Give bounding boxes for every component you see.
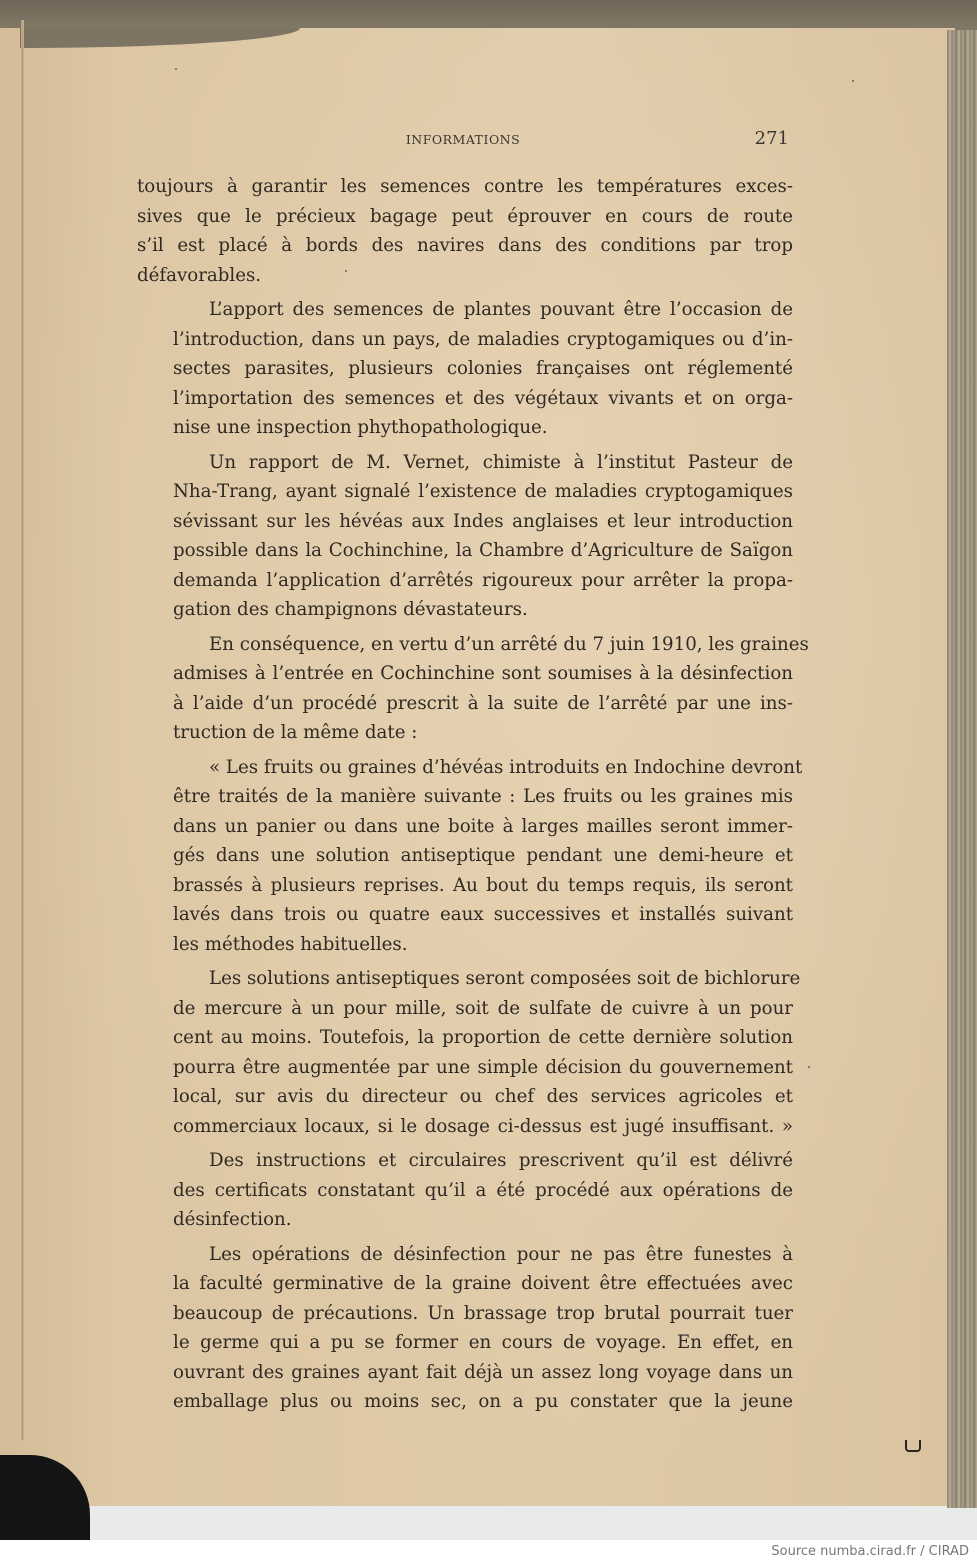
text-line: emballage plus ou moins sec, on a pu con… — [137, 1387, 793, 1417]
paragraph-4: En conséquence, en vertu d’un arrêté du … — [137, 630, 793, 748]
text-line: être traités de la manière suivante : Le… — [137, 782, 793, 812]
text-line: l’introduction, dans un pays, de maladie… — [137, 325, 793, 355]
text-line: sectes parasites, plusieurs colonies fra… — [137, 354, 793, 384]
ink-mark — [905, 1440, 921, 1452]
paragraph-2: L’apport des semences de plantes pouvant… — [137, 295, 793, 443]
text-line: les méthodes habituelles. — [137, 930, 793, 960]
text-line: de mercure à un pour mille, soit de sulf… — [137, 994, 793, 1024]
text-line: lavés dans trois ou quatre eaux successi… — [137, 900, 793, 930]
text-line: dans un panier ou dans une boite à large… — [137, 812, 793, 842]
text-line: la faculté germinative de la graine doiv… — [137, 1269, 793, 1299]
paragraph-3: Un rapport de M. Vernet, chimiste à l’in… — [137, 448, 793, 625]
text-line: désinfection. — [137, 1205, 793, 1235]
paper-speck — [852, 80, 854, 82]
text-line: nise une inspection phythopathologique. — [137, 413, 793, 443]
paragraph-quote: « Les fruits ou graines d’hévéas introdu… — [137, 753, 793, 960]
paragraph-7: Des instructions et circulaires prescriv… — [137, 1146, 793, 1235]
text-line: l’importation des semences et des végéta… — [137, 384, 793, 414]
text-line: brassés à plusieurs reprises. Au bout du… — [137, 871, 793, 901]
text-line: sives que le précieux bagage peut éprouv… — [137, 202, 793, 232]
text-line: L’apport des semences de plantes pouvant… — [137, 295, 793, 325]
text-line: demanda l’application d’arrêtés rigoureu… — [137, 566, 793, 596]
text-line: défavorables. — [137, 261, 793, 291]
gutter-fold-line — [21, 20, 24, 1440]
text-line: truction de la même date : — [137, 718, 793, 748]
text-line: toujours à garantir les semences contre … — [137, 172, 793, 202]
text-line: Des instructions et circulaires prescriv… — [137, 1146, 793, 1176]
scanned-book-page: INFORMATIONS 271 toujours à garantir les… — [0, 0, 977, 1540]
running-head: INFORMATIONS — [137, 132, 789, 147]
source-credit: Source numba.cirad.fr / CIRAD — [771, 1544, 969, 1559]
text-line: à l’aide d’un procédé prescrit à la suit… — [137, 689, 793, 719]
page-stack-edges — [947, 30, 977, 1508]
text-line: commerciaux locaux, si le dosage ci-dess… — [137, 1112, 793, 1142]
text-line: le germe qui a pu se former en cours de … — [137, 1328, 793, 1358]
paper-speck — [808, 1066, 810, 1068]
text-line: admises à l’entrée en Cochinchine sont s… — [137, 659, 793, 689]
text-line: des certificats constatant qu’il a été p… — [137, 1176, 793, 1206]
text-line: ouvrant des graines ayant fait déjà un a… — [137, 1358, 793, 1388]
text-line: sévissant sur les hévéas aux Indes angla… — [137, 507, 793, 537]
text-line: « Les fruits ou graines d’hévéas introdu… — [137, 753, 793, 783]
page-number: 271 — [755, 128, 789, 149]
text-line: local, sur avis du directeur ou chef des… — [137, 1082, 793, 1112]
text-line: Les opérations de désinfection pour ne p… — [137, 1240, 793, 1270]
text-line: Nha-Trang, ayant signalé l’existence de … — [137, 477, 793, 507]
text-line: possible dans la Cochinchine, la Chambre… — [137, 536, 793, 566]
text-line: pourra être augmentée par une simple déc… — [137, 1053, 793, 1083]
text-line: gation des champignons dévastateurs. — [137, 595, 793, 625]
text-line: Un rapport de M. Vernet, chimiste à l’in… — [137, 448, 793, 478]
text-line: cent au moins. Toutefois, la proportion … — [137, 1023, 793, 1053]
paper-speck — [175, 68, 177, 70]
body-text: toujours à garantir les semences contre … — [137, 172, 793, 1417]
text-line: En conséquence, en vertu d’un arrêté du … — [137, 630, 793, 660]
page-header: INFORMATIONS 271 — [137, 128, 789, 152]
text-line: s’il est placé à bords des navires dans … — [137, 231, 793, 261]
paragraph-1: toujours à garantir les semences contre … — [137, 172, 793, 290]
text-line: Les solutions antiseptiques seront compo… — [137, 964, 793, 994]
text-line: beaucoup de précautions. Un brassage tro… — [137, 1299, 793, 1329]
paragraph-6: Les solutions antiseptiques seront compo… — [137, 964, 793, 1141]
paragraph-8: Les opérations de désinfection pour ne p… — [137, 1240, 793, 1417]
text-line: gés dans une solution antiseptique penda… — [137, 841, 793, 871]
